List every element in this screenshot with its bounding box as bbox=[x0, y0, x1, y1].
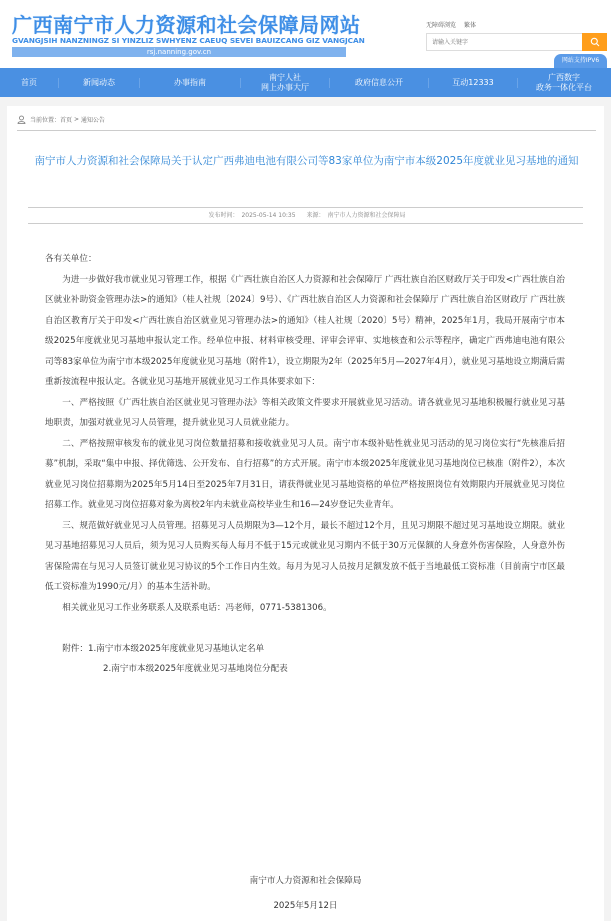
signature-date: 2025年5月12日 bbox=[0, 899, 611, 911]
publish-time: 2025-05-14 10:35 bbox=[241, 212, 295, 219]
meta-divider-bottom bbox=[28, 223, 583, 224]
nav-label: 政府信息公开 bbox=[355, 78, 403, 87]
ipv6-badge: 网站支持IPV6 bbox=[554, 54, 607, 68]
nav-item-news[interactable]: 新闻动态 bbox=[59, 78, 139, 88]
search-input[interactable] bbox=[427, 34, 582, 50]
breadcrumb-separator: > bbox=[72, 116, 81, 123]
nav-item-online-hall[interactable]: 南宁人社 网上办事大厅 bbox=[241, 73, 329, 93]
attachment-link-1[interactable]: 1.南宁市本级2025年度就业见习基地认定名单 bbox=[88, 644, 264, 654]
nav-item-home[interactable]: 首页 bbox=[0, 78, 58, 88]
logo-zhuang-title: GVANGJSIH NANZNINGZ SI YINZLIZ SWHYENZ C… bbox=[12, 36, 346, 45]
logo-domain: rsj.nanning.gov.cn bbox=[12, 47, 346, 57]
search-icon bbox=[590, 37, 600, 47]
paragraph-requirement-2: 二、严格按照审核发布的就业见习岗位数量招募和接收就业见习人员。南宁市本级补贴性就… bbox=[45, 434, 565, 516]
signature-org: 南宁市人力资源和社会保障局 bbox=[0, 874, 611, 886]
nav-label-line1: 广西数字 bbox=[518, 73, 610, 83]
breadcrumb-home-link[interactable]: 首页 bbox=[60, 115, 72, 124]
attachments-label: 附件： bbox=[62, 644, 88, 654]
breadcrumb-prefix: 当前位置： bbox=[30, 115, 60, 124]
top-links: 无障碍浏览 繁体 bbox=[426, 20, 482, 29]
nav-label-line2: 网上办事大厅 bbox=[241, 83, 329, 93]
salutation: 各有关单位： bbox=[45, 249, 565, 270]
accessibility-link[interactable]: 无障碍浏览 bbox=[426, 22, 456, 29]
nav-item-digital-gov[interactable]: 广西数字 政务一体化平台 bbox=[518, 73, 610, 93]
attachment-1: 附件：1.南宁市本级2025年度就业见习基地认定名单 bbox=[45, 639, 565, 660]
paragraph-contact: 相关就业见习工作业务联系人及联系电话：冯老师，0771-5381306。 bbox=[45, 598, 565, 619]
breadcrumb-current-link[interactable]: 通知公告 bbox=[81, 115, 105, 124]
search-button[interactable] bbox=[582, 33, 607, 51]
nav-item-service-guide[interactable]: 办事指南 bbox=[140, 78, 240, 88]
nav-label: 新闻动态 bbox=[83, 78, 115, 87]
nav-label-line2: 政务一体化平台 bbox=[518, 83, 610, 93]
nav-label: 办事指南 bbox=[174, 78, 206, 87]
nav-label: 互动12333 bbox=[452, 78, 493, 87]
breadcrumb: 当前位置： 首页 > 通知公告 bbox=[17, 115, 105, 124]
nav-item-interaction[interactable]: 互动12333 bbox=[429, 78, 517, 88]
main-nav: 首页 新闻动态 办事指南 南宁人社 网上办事大厅 政府信息公开 互动12333 … bbox=[0, 68, 611, 97]
paragraph-requirement-3: 三、规范做好就业见习人员管理。招募见习人员期限为3—12个月，最长不超过12个月… bbox=[45, 516, 565, 598]
site-header: 广西南宁市人力资源和社会保障局网站 GVANGJSIH NANZNINGZ SI… bbox=[0, 0, 611, 68]
breadcrumb-divider bbox=[17, 130, 596, 131]
location-user-icon bbox=[17, 115, 26, 124]
attachment-link-2[interactable]: 2.南宁市本级2025年度就业见习基地岗位分配表 bbox=[103, 664, 288, 674]
source-label: 来源： bbox=[306, 212, 324, 219]
article-title: 南宁市人力资源和社会保障局关于认定广西弗迪电池有限公司等83家单位为南宁市本级2… bbox=[29, 153, 584, 170]
site-logo[interactable]: 广西南宁市人力资源和社会保障局网站 GVANGJSIH NANZNINGZ SI… bbox=[12, 14, 346, 57]
attachment-2: 2.南宁市本级2025年度就业见习基地岗位分配表 bbox=[45, 659, 565, 680]
paragraph-requirement-1: 一、严格按照《广西壮族自治区就业见习管理办法》等相关政策文件要求开展就业见习活动… bbox=[45, 393, 565, 434]
spacer bbox=[45, 618, 565, 639]
meta-divider-top bbox=[28, 207, 583, 208]
article-meta: 发布时间：2025-05-14 10:35 来源：南宁市人力资源和社会保障局 bbox=[28, 210, 583, 219]
source-value: 南宁市人力资源和社会保障局 bbox=[328, 212, 406, 219]
paragraph-intro: 为进一步做好我市就业见习管理工作，根据《广西壮族自治区人力资源和社会保障厅 广西… bbox=[45, 270, 565, 393]
traditional-chinese-link[interactable]: 繁体 bbox=[464, 22, 476, 29]
nav-label-line1: 南宁人社 bbox=[241, 73, 329, 83]
search-box bbox=[426, 33, 607, 51]
article-body: 各有关单位： 为进一步做好我市就业见习管理工作，根据《广西壮族自治区人力资源和社… bbox=[45, 249, 565, 680]
nav-item-gov-info[interactable]: 政府信息公开 bbox=[330, 78, 428, 88]
publish-time-label: 发布时间： bbox=[208, 212, 238, 219]
logo-chinese-title: 广西南宁市人力资源和社会保障局网站 bbox=[12, 14, 346, 36]
nav-label: 首页 bbox=[21, 78, 37, 87]
